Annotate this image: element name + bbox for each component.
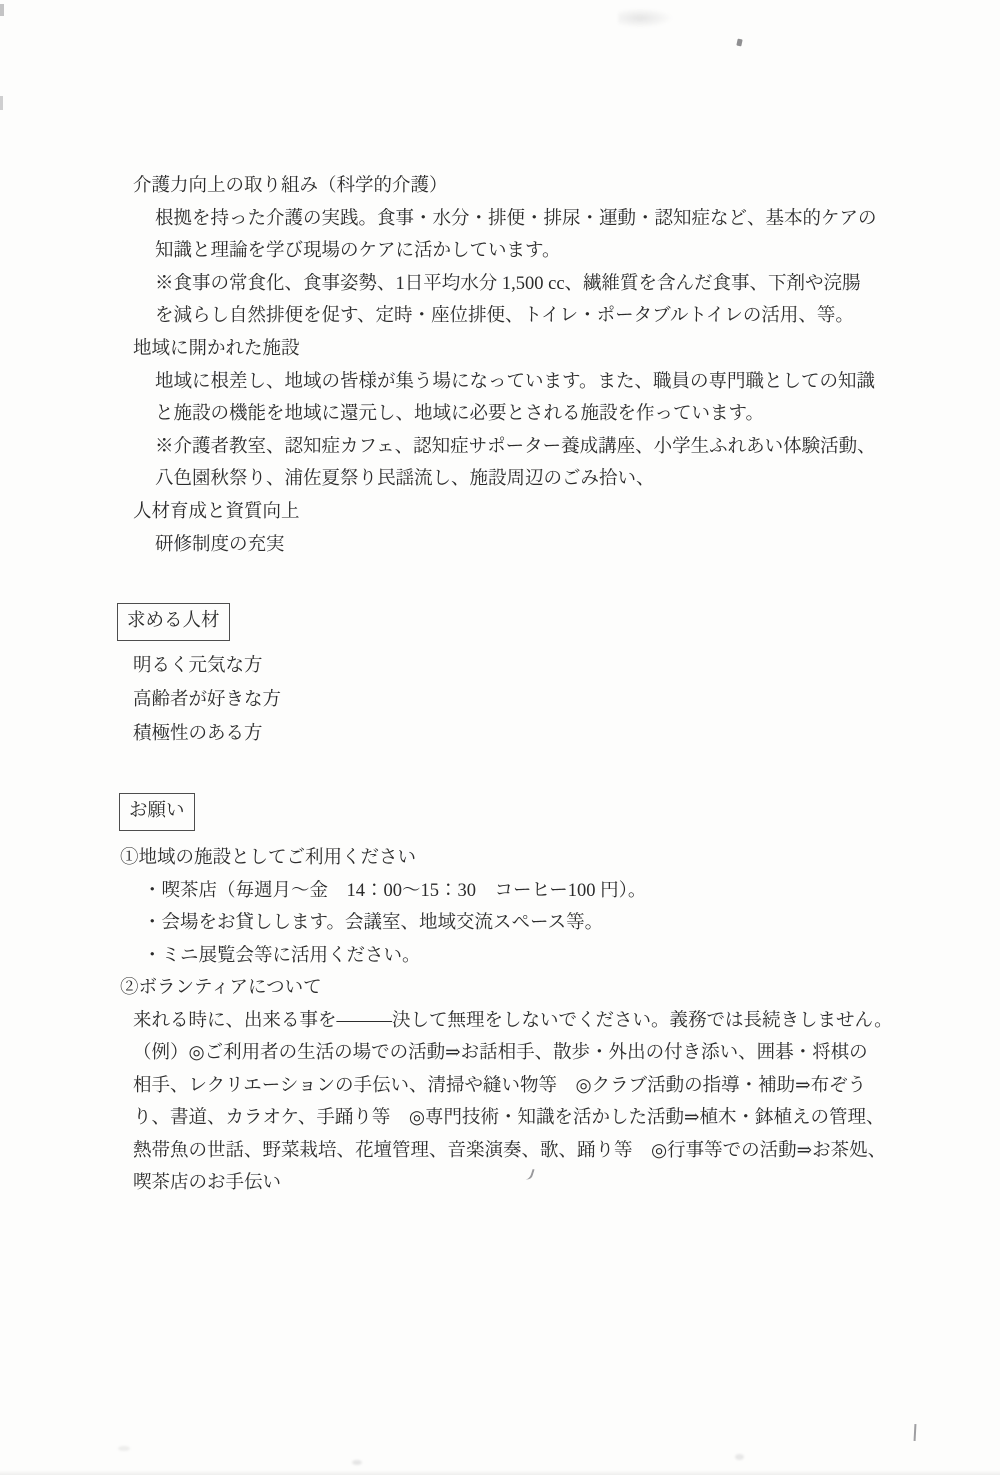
text-line: 根拠を持った介護の実践。食事・水分・排便・排尿・運動・認知症など、基本的ケアの: [155, 203, 877, 236]
request-bullet: ・喫茶店（毎週月～金 14：00～15：30 コーヒー100 円）。: [143, 875, 893, 908]
scan-edge-mark: [0, 4, 4, 16]
section-requests: ①地域の施設としてご利用ください ・喫茶店（毎週月～金 14：00～15：30 …: [120, 842, 893, 1200]
heading-community-facility: 地域に開かれた施設: [133, 333, 877, 366]
scanned-document-page: 介護力向上の取り組み（科学的介護） 根拠を持った介護の実践。食事・水分・排便・排…: [0, 0, 1000, 1475]
wanted-item: 明るく元気な方: [133, 650, 281, 684]
heading-hr-development: 人材育成と資質向上: [133, 496, 877, 529]
text-line: 来れる時に、出来る事を―――決して無理をしないでください。義務では長続きしません…: [133, 1005, 893, 1038]
scan-edge-mark: [0, 96, 3, 110]
section-facility-initiatives: 介護力向上の取り組み（科学的介護） 根拠を持った介護の実践。食事・水分・排便・排…: [120, 170, 877, 561]
request-bullet: ・会場をお貸しします。会議室、地域交流スペース等。: [143, 907, 893, 940]
request-bullet: ・ミニ展覧会等に活用ください。: [143, 940, 893, 973]
text-line: 研修制度の充実: [155, 529, 877, 562]
text-line: を減らし自然排便を促す、定時・座位排便、トイレ・ポータブルトイレの活用、等。: [155, 300, 877, 333]
section-wanted-personnel: 明るく元気な方 高齢者が好きな方 積極性のある方: [133, 650, 281, 751]
scan-speck: [118, 1446, 130, 1451]
wanted-item: 積極性のある方: [133, 718, 281, 752]
wanted-personnel-box-label: 求める人材: [117, 603, 230, 641]
text-line: 熱帯魚の世話、野菜栽培、花壇管理、音楽演奏、歌、踊り等 ◎行事等での活動⇒お茶処…: [133, 1135, 893, 1168]
text-line: 相手、レクリエーションの手伝い、清掃や縫い物等 ◎クラブ活動の指導・補助⇒布ぞう: [133, 1070, 893, 1103]
scan-dot: [736, 39, 742, 47]
text-line: ※介護者教室、認知症カフェ、認知症サポーター養成講座、小学生ふれあい体験活動、: [155, 431, 877, 464]
text-line: り、書道、カラオケ、手踊り等 ◎専門技術・知識を活かした活動⇒植木・鉢植えの管理…: [133, 1102, 893, 1135]
scan-tick-mark: [914, 1424, 917, 1441]
request-item2-title: ②ボランティアについて: [120, 972, 893, 1005]
scan-smudge: [618, 8, 673, 28]
text-line: と施設の機能を地域に還元し、地域に必要とされる施設を作っています。: [155, 398, 877, 431]
text-line: 知識と理論を学び現場のケアに活かしています。: [155, 235, 877, 268]
scan-bottom-edge: [0, 1470, 1000, 1475]
text-line: 喫茶店のお手伝い: [133, 1167, 893, 1200]
text-line: ※食事の常食化、食事姿勢、1日平均水分 1,500 cc、繊維質を含んだ食事、下…: [155, 268, 877, 301]
heading-care-improvement: 介護力向上の取り組み（科学的介護）: [133, 170, 877, 203]
scan-speck: [352, 1460, 362, 1465]
text-line: 八色園秋祭り、浦佐夏祭り民謡流し、施設周辺のごみ拾い、: [155, 463, 877, 496]
text-line: 地域に根差し、地域の皆様が集う場になっています。また、職員の専門職としての知識: [155, 366, 877, 399]
request-item1-title: ①地域の施設としてご利用ください: [120, 842, 893, 875]
wanted-item: 高齢者が好きな方: [133, 684, 281, 718]
request-box-label: お願い: [119, 793, 195, 831]
scan-speck: [735, 1454, 744, 1460]
text-line: （例）◎ご利用者の生活の場での活動⇒お話相手、散歩・外出の付き添い、囲碁・将棋の: [133, 1037, 893, 1070]
